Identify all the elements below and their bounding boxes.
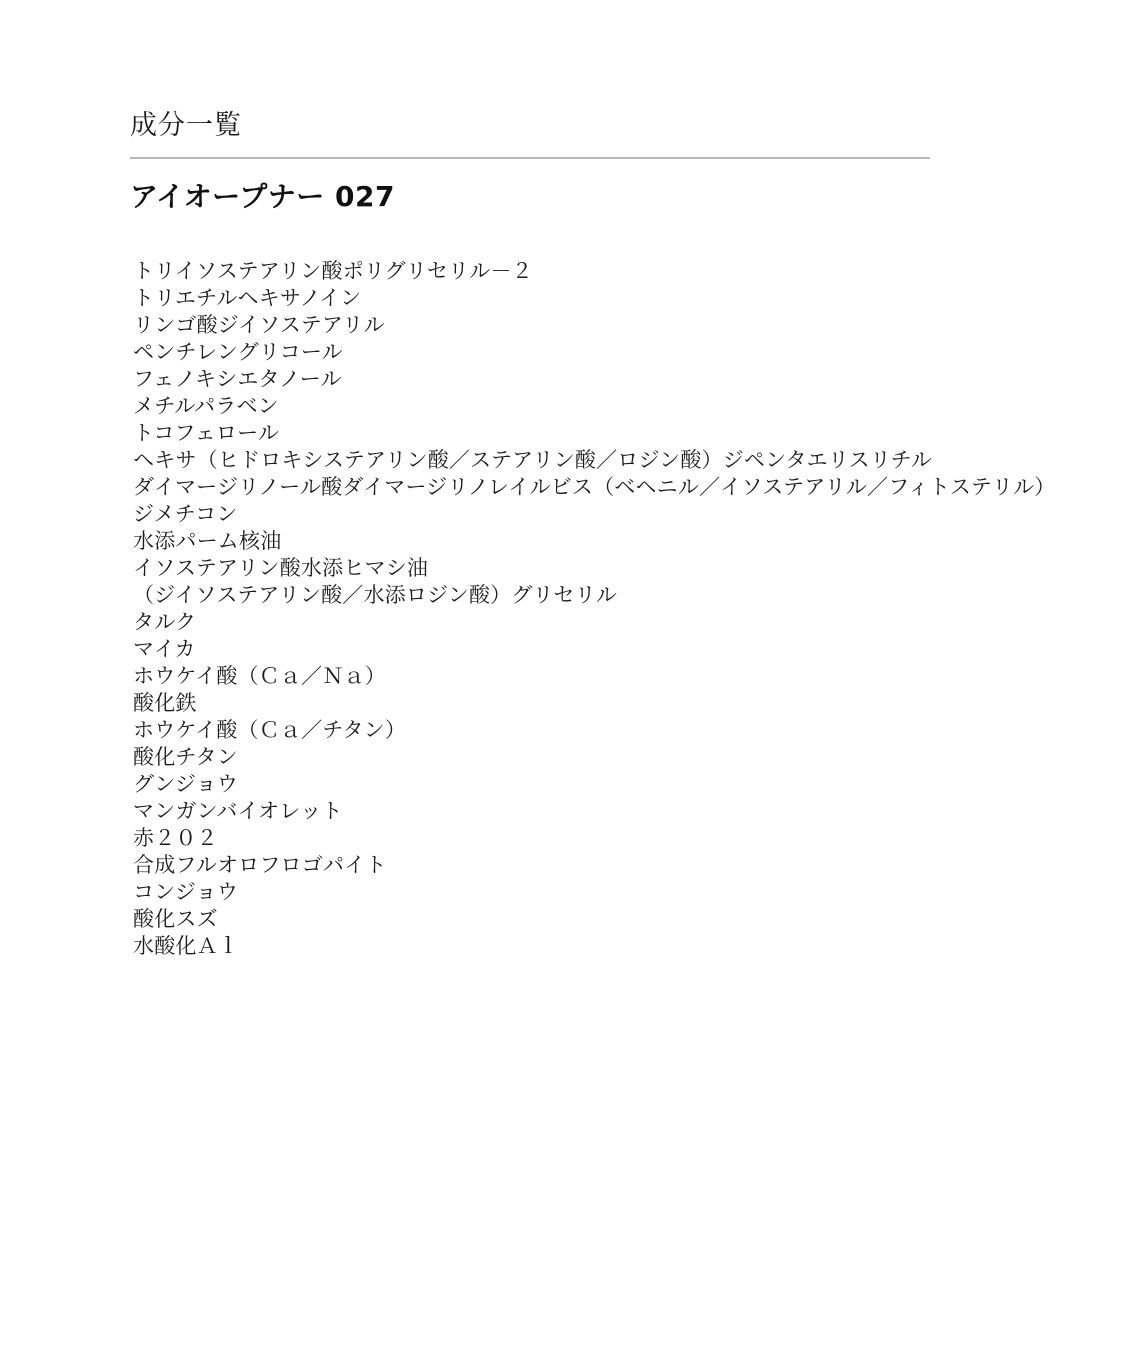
ingredient-item: （ジイソステアリン酸／水添ロジン酸）グリセリル [133, 582, 1065, 609]
ingredient-item: マイカ [133, 636, 1065, 663]
ingredient-item: メチルパラベン [133, 393, 1065, 420]
ingredient-item: ペンチレングリコール [133, 339, 1065, 366]
ingredient-item: 合成フルオロフロゴパイト [133, 852, 1065, 879]
ingredient-item: ホウケイ酸（Ｃａ／Ｎａ） [133, 663, 1065, 690]
ingredient-item: トコフェロール [133, 420, 1065, 447]
ingredient-item: 赤２０２ [133, 825, 1065, 852]
ingredient-item: ダイマージリノール酸ダイマージリノレイルビス（ベヘニル／イソステアリル／フィトス… [133, 474, 1065, 501]
ingredient-item: タルク [133, 609, 1065, 636]
ingredient-item: イソステアリン酸水添ヒマシ油 [133, 555, 1065, 582]
ingredient-item: トリイソステアリン酸ポリグリセリル－２ [133, 258, 1065, 285]
section-title: 成分一覧 [130, 110, 1065, 142]
ingredient-item: フェノキシエタノール [133, 366, 1065, 393]
ingredient-page: 成分一覧 アイオープナー 027 トリイソステアリン酸ポリグリセリル－２トリエチ… [0, 0, 1125, 1350]
ingredient-item: リンゴ酸ジイソステアリル [133, 312, 1065, 339]
ingredient-item: グンジョウ [133, 771, 1065, 798]
ingredient-item: コンジョウ [133, 879, 1065, 906]
ingredient-item: トリエチルヘキサノイン [133, 285, 1065, 312]
divider [130, 157, 930, 159]
ingredient-item: 酸化鉄 [133, 690, 1065, 717]
ingredient-item: 酸化チタン [133, 744, 1065, 771]
ingredient-list: トリイソステアリン酸ポリグリセリル－２トリエチルヘキサノインリンゴ酸ジイソステア… [130, 258, 1065, 960]
ingredient-item: ジメチコン [133, 501, 1065, 528]
ingredient-item: 水添パーム核油 [133, 528, 1065, 555]
ingredient-item: 水酸化Ａｌ [133, 933, 1065, 960]
ingredient-item: マンガンバイオレット [133, 798, 1065, 825]
ingredient-item: ホウケイ酸（Ｃａ／チタン） [133, 717, 1065, 744]
ingredient-item: 酸化スズ [133, 906, 1065, 933]
product-title: アイオープナー 027 [130, 180, 1065, 214]
ingredient-item: ヘキサ（ヒドロキシステアリン酸／ステアリン酸／ロジン酸）ジペンタエリスリチル [133, 447, 1065, 474]
